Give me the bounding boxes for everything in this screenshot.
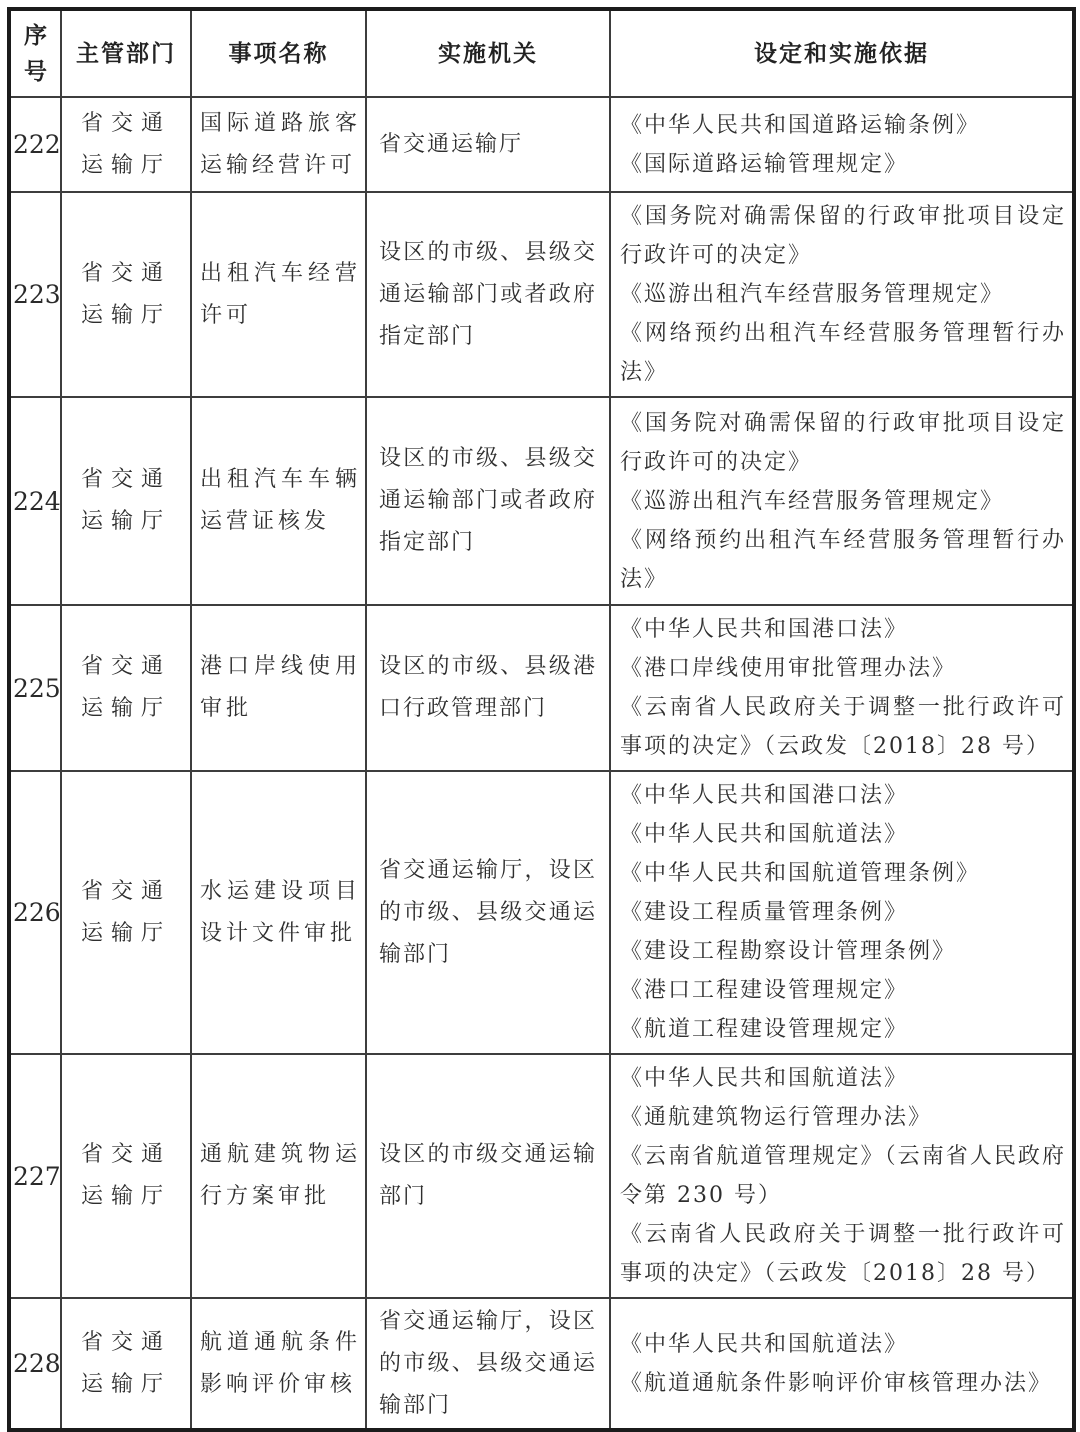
cell-basis: 《中华人民共和国港口法》《中华人民共和国航道法》《中华人民共和国航道管理条例》《… bbox=[610, 771, 1074, 1054]
cell-agency: 省交通运输厅 bbox=[366, 97, 610, 192]
header-item: 事项名称 bbox=[191, 9, 366, 97]
header-dept: 主管部门 bbox=[61, 9, 191, 97]
cell-basis: 《中华人民共和国航道法》《航道通航条件影响评价审核管理办法》 bbox=[610, 1298, 1074, 1430]
basis-line: 《网络预约出租汽车经营服务管理暂行办法》 bbox=[620, 314, 1066, 392]
cell-basis: 《中华人民共和国港口法》《港口岸线使用审批管理办法》《云南省人民政府关于调整一批… bbox=[610, 605, 1074, 771]
cell-serial: 223 bbox=[9, 192, 61, 397]
cell-item: 通航建筑物运行方案审批 bbox=[191, 1054, 366, 1298]
cell-dept: 省交通运输厅 bbox=[61, 1298, 191, 1430]
cell-dept: 省交通运输厅 bbox=[61, 1054, 191, 1298]
cell-item: 出租汽车经营许可 bbox=[191, 192, 366, 397]
basis-line: 《巡游出租汽车经营服务管理规定》 bbox=[620, 275, 1066, 314]
basis-line: 《中华人民共和国航道法》 bbox=[620, 1059, 1066, 1098]
cell-agency: 设区的市级、县级港口行政管理部门 bbox=[366, 605, 610, 771]
cell-serial: 226 bbox=[9, 771, 61, 1054]
basis-line: 《中华人民共和国航道管理条例》 bbox=[620, 854, 1066, 893]
cell-serial: 225 bbox=[9, 605, 61, 771]
basis-line: 《云南省人民政府关于调整一批行政许可事项的决定》（云政发〔2018〕28 号） bbox=[620, 1215, 1066, 1293]
header-basis: 设定和实施依据 bbox=[610, 9, 1074, 97]
table-row: 222 省交通运输厅 国际道路旅客运输经营许可 省交通运输厅 《中华人民共和国道… bbox=[9, 97, 1074, 192]
table-header-row: 序号 主管部门 事项名称 实施机关 设定和实施依据 bbox=[9, 9, 1074, 97]
header-agency: 实施机关 bbox=[366, 9, 610, 97]
basis-line: 《中华人民共和国航道法》 bbox=[620, 1325, 1066, 1364]
cell-basis: 《国务院对确需保留的行政审批项目设定行政许可的决定》《巡游出租汽车经营服务管理规… bbox=[610, 192, 1074, 397]
cell-dept: 省交通运输厅 bbox=[61, 397, 191, 605]
cell-serial: 228 bbox=[9, 1298, 61, 1430]
cell-item: 水运建设项目设计文件审批 bbox=[191, 771, 366, 1054]
cell-item: 港口岸线使用审批 bbox=[191, 605, 366, 771]
basis-line: 《中华人民共和国道路运输条例》 bbox=[620, 106, 1066, 145]
cell-agency: 省交通运输厅，设区的市级、县级交通运输部门 bbox=[366, 771, 610, 1054]
cell-dept: 省交通运输厅 bbox=[61, 771, 191, 1054]
header-serial: 序号 bbox=[9, 9, 61, 97]
basis-line: 《航道通航条件影响评价审核管理办法》 bbox=[620, 1364, 1066, 1403]
table-row: 228 省交通运输厅 航道通航条件影响评价审核 省交通运输厅，设区的市级、县级交… bbox=[9, 1298, 1074, 1430]
cell-basis: 《中华人民共和国道路运输条例》《国际道路运输管理规定》 bbox=[610, 97, 1074, 192]
basis-line: 《国际道路运输管理规定》 bbox=[620, 145, 1066, 184]
basis-line: 《建设工程质量管理条例》 bbox=[620, 893, 1066, 932]
cell-serial: 224 bbox=[9, 397, 61, 605]
cell-serial: 222 bbox=[9, 97, 61, 192]
basis-line: 《中华人民共和国航道法》 bbox=[620, 815, 1066, 854]
cell-agency: 设区的市级、县级交通运输部门或者政府指定部门 bbox=[366, 397, 610, 605]
basis-line: 《巡游出租汽车经营服务管理规定》 bbox=[620, 482, 1066, 521]
cell-item: 出租汽车车辆运营证核发 bbox=[191, 397, 366, 605]
table-row: 223 省交通运输厅 出租汽车经营许可 设区的市级、县级交通运输部门或者政府指定… bbox=[9, 192, 1074, 397]
basis-line: 《国务院对确需保留的行政审批项目设定行政许可的决定》 bbox=[620, 404, 1066, 482]
basis-line: 《港口工程建设管理规定》 bbox=[620, 971, 1066, 1010]
basis-line: 《中华人民共和国港口法》 bbox=[620, 610, 1066, 649]
cell-dept: 省交通运输厅 bbox=[61, 97, 191, 192]
basis-line: 《建设工程勘察设计管理条例》 bbox=[620, 932, 1066, 971]
cell-item: 航道通航条件影响评价审核 bbox=[191, 1298, 366, 1430]
cell-dept: 省交通运输厅 bbox=[61, 192, 191, 397]
basis-line: 《通航建筑物运行管理办法》 bbox=[620, 1098, 1066, 1137]
basis-line: 《国务院对确需保留的行政审批项目设定行政许可的决定》 bbox=[620, 197, 1066, 275]
cell-basis: 《中华人民共和国航道法》《通航建筑物运行管理办法》《云南省航道管理规定》（云南省… bbox=[610, 1054, 1074, 1298]
cell-item: 国际道路旅客运输经营许可 bbox=[191, 97, 366, 192]
cell-agency: 省交通运输厅，设区的市级、县级交通运输部门 bbox=[366, 1298, 610, 1430]
licensing-items-table: 序号 主管部门 事项名称 实施机关 设定和实施依据 222 省交通运输厅 国际道… bbox=[7, 7, 1076, 1432]
cell-serial: 227 bbox=[9, 1054, 61, 1298]
basis-line: 《云南省人民政府关于调整一批行政许可事项的决定》（云政发〔2018〕28 号） bbox=[620, 688, 1066, 766]
basis-line: 《航道工程建设管理规定》 bbox=[620, 1010, 1066, 1049]
cell-agency: 设区的市级、县级交通运输部门或者政府指定部门 bbox=[366, 192, 610, 397]
basis-line: 《中华人民共和国港口法》 bbox=[620, 776, 1066, 815]
basis-line: 《网络预约出租汽车经营服务管理暂行办法》 bbox=[620, 521, 1066, 599]
cell-dept: 省交通运输厅 bbox=[61, 605, 191, 771]
cell-agency: 设区的市级交通运输部门 bbox=[366, 1054, 610, 1298]
document-page: 序号 主管部门 事项名称 实施机关 设定和实施依据 222 省交通运输厅 国际道… bbox=[0, 0, 1080, 1405]
basis-line: 《港口岸线使用审批管理办法》 bbox=[620, 649, 1066, 688]
table-row: 225 省交通运输厅 港口岸线使用审批 设区的市级、县级港口行政管理部门 《中华… bbox=[9, 605, 1074, 771]
cell-basis: 《国务院对确需保留的行政审批项目设定行政许可的决定》《巡游出租汽车经营服务管理规… bbox=[610, 397, 1074, 605]
table-row: 227 省交通运输厅 通航建筑物运行方案审批 设区的市级交通运输部门 《中华人民… bbox=[9, 1054, 1074, 1298]
table-row: 224 省交通运输厅 出租汽车车辆运营证核发 设区的市级、县级交通运输部门或者政… bbox=[9, 397, 1074, 605]
basis-line: 《云南省航道管理规定》（云南省人民政府令第 230 号） bbox=[620, 1137, 1066, 1215]
table-row: 226 省交通运输厅 水运建设项目设计文件审批 省交通运输厅，设区的市级、县级交… bbox=[9, 771, 1074, 1054]
